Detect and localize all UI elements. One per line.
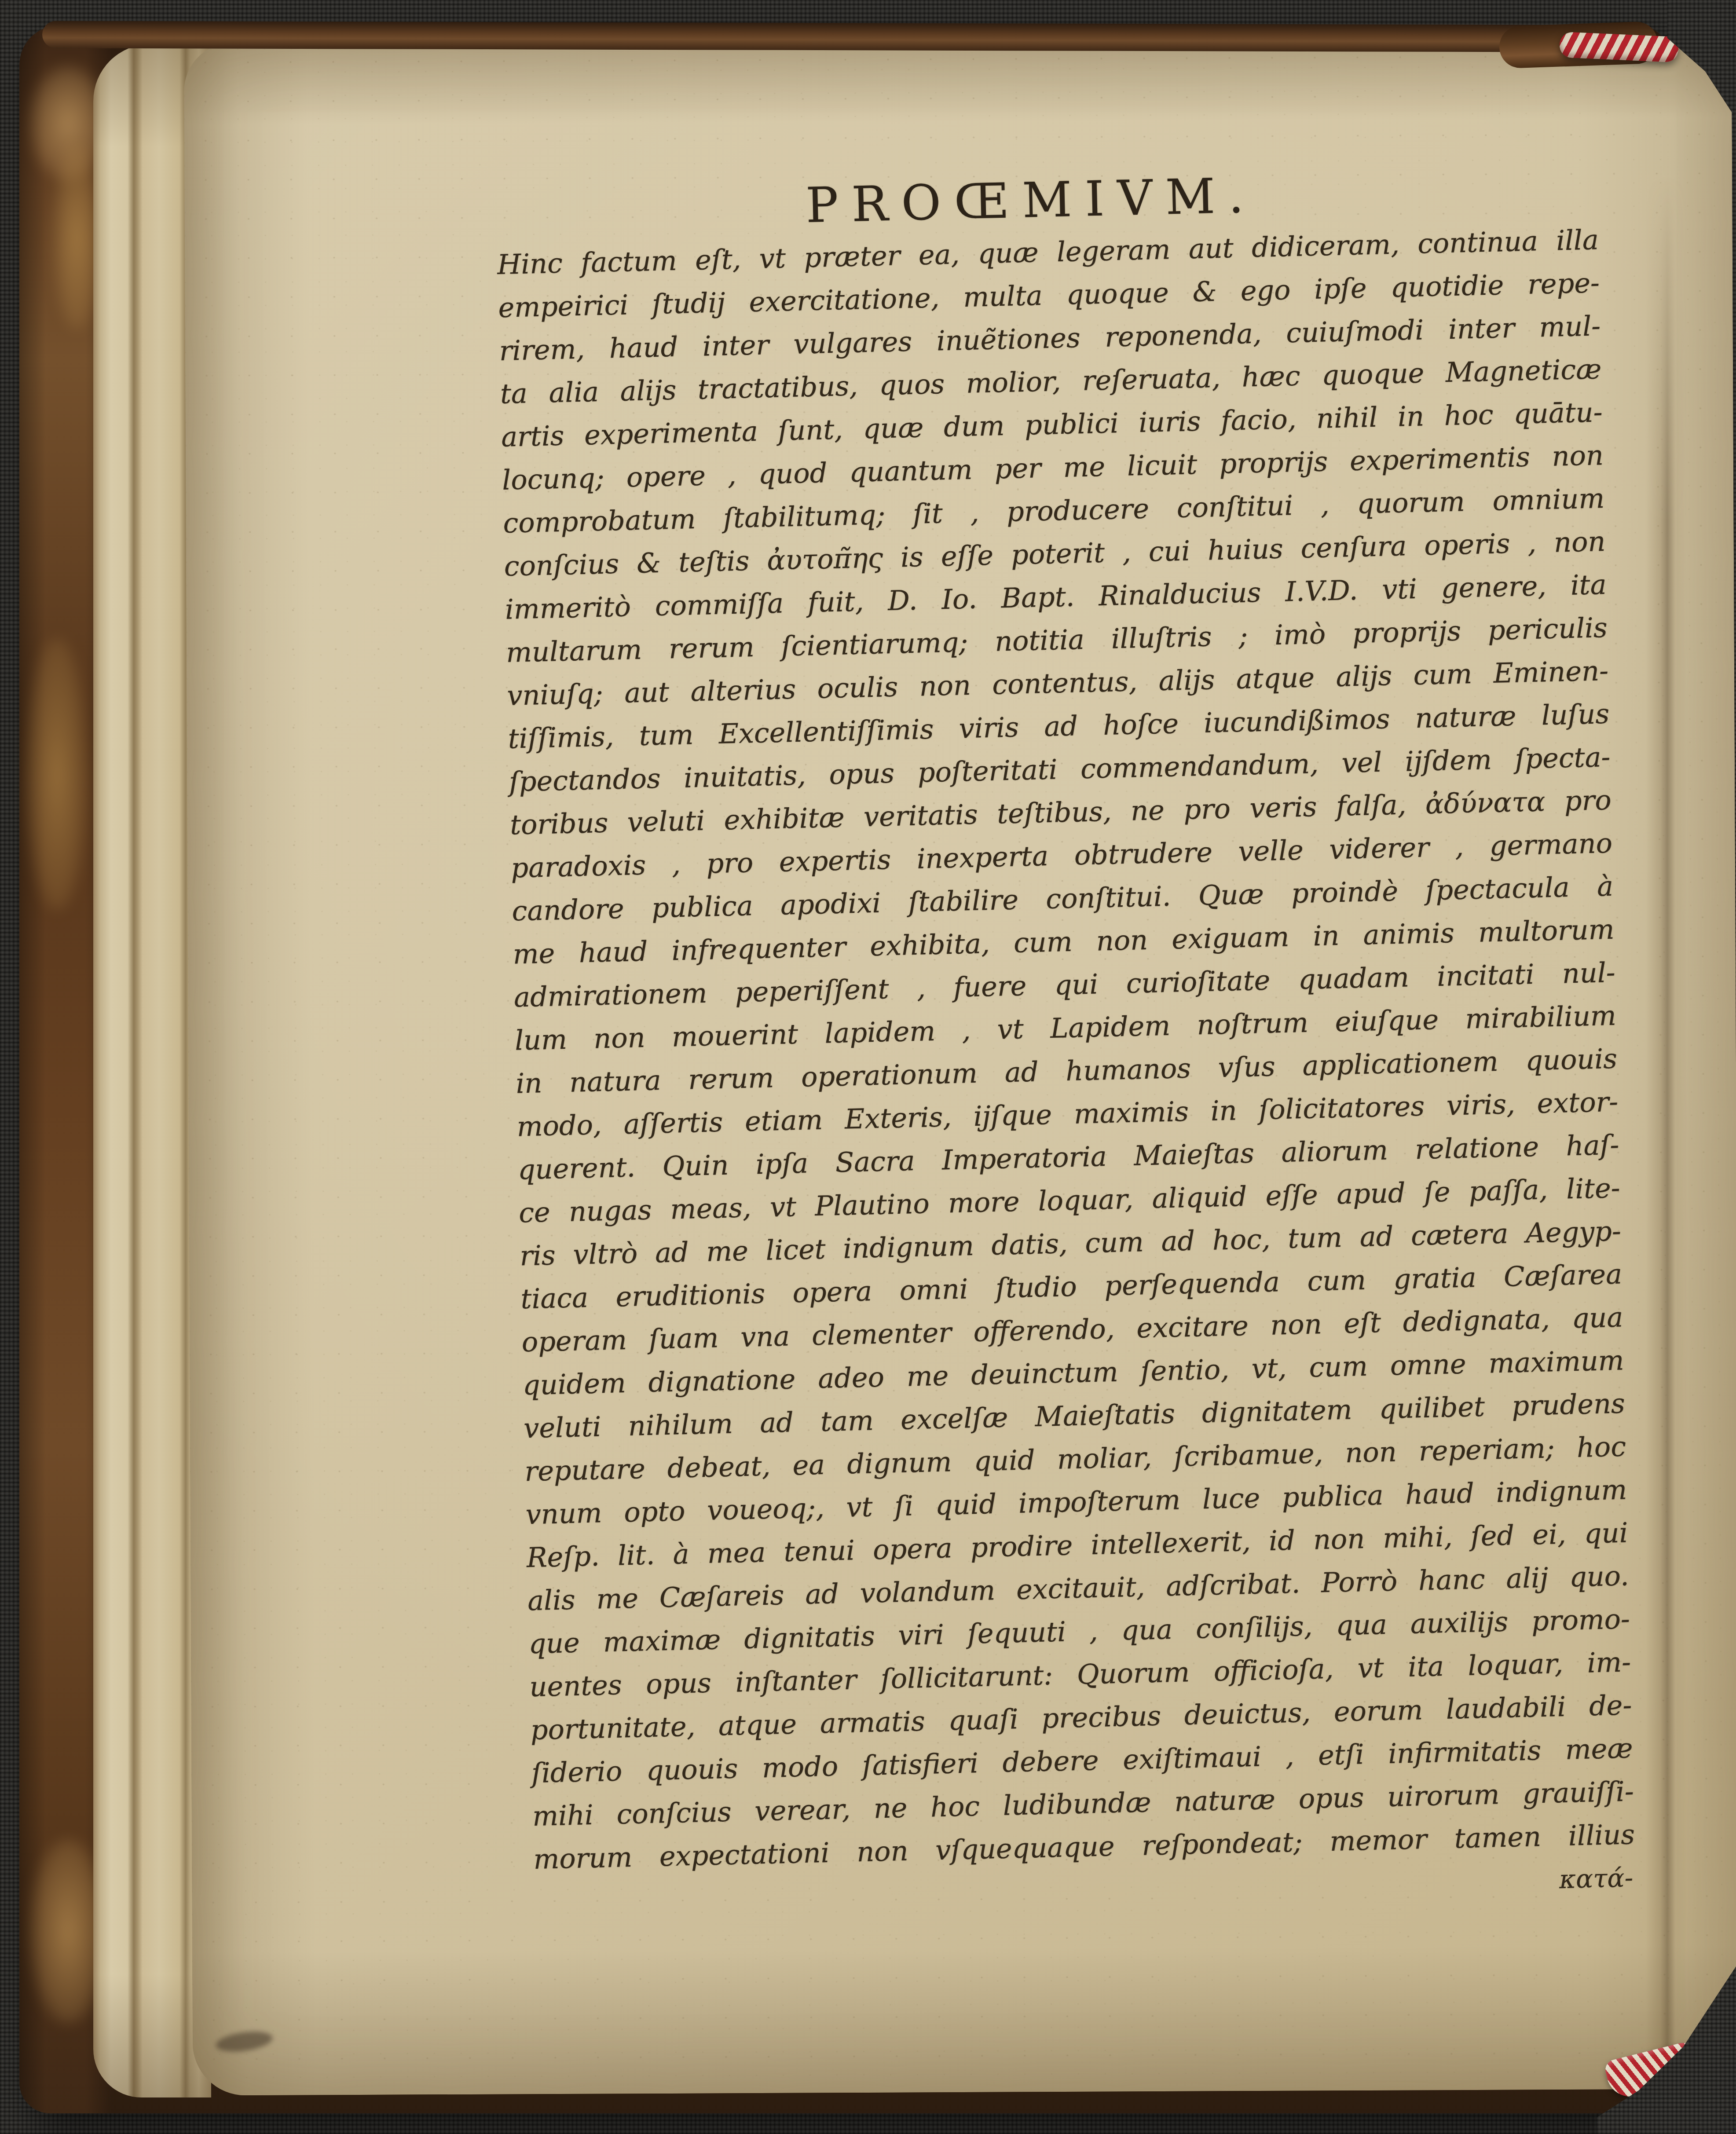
leather-wear-patch	[26, 638, 88, 911]
top-leather-rim	[42, 21, 1569, 52]
endband-top	[1559, 32, 1679, 62]
book-photo: { "page": { "heading": "PROŒMIVM.", "bod…	[0, 0, 1736, 2134]
gutter-crease	[1646, 176, 1687, 2092]
text-block: PROŒMIVM. Hinc factum eſt, vt præter ea,…	[495, 157, 1636, 1924]
